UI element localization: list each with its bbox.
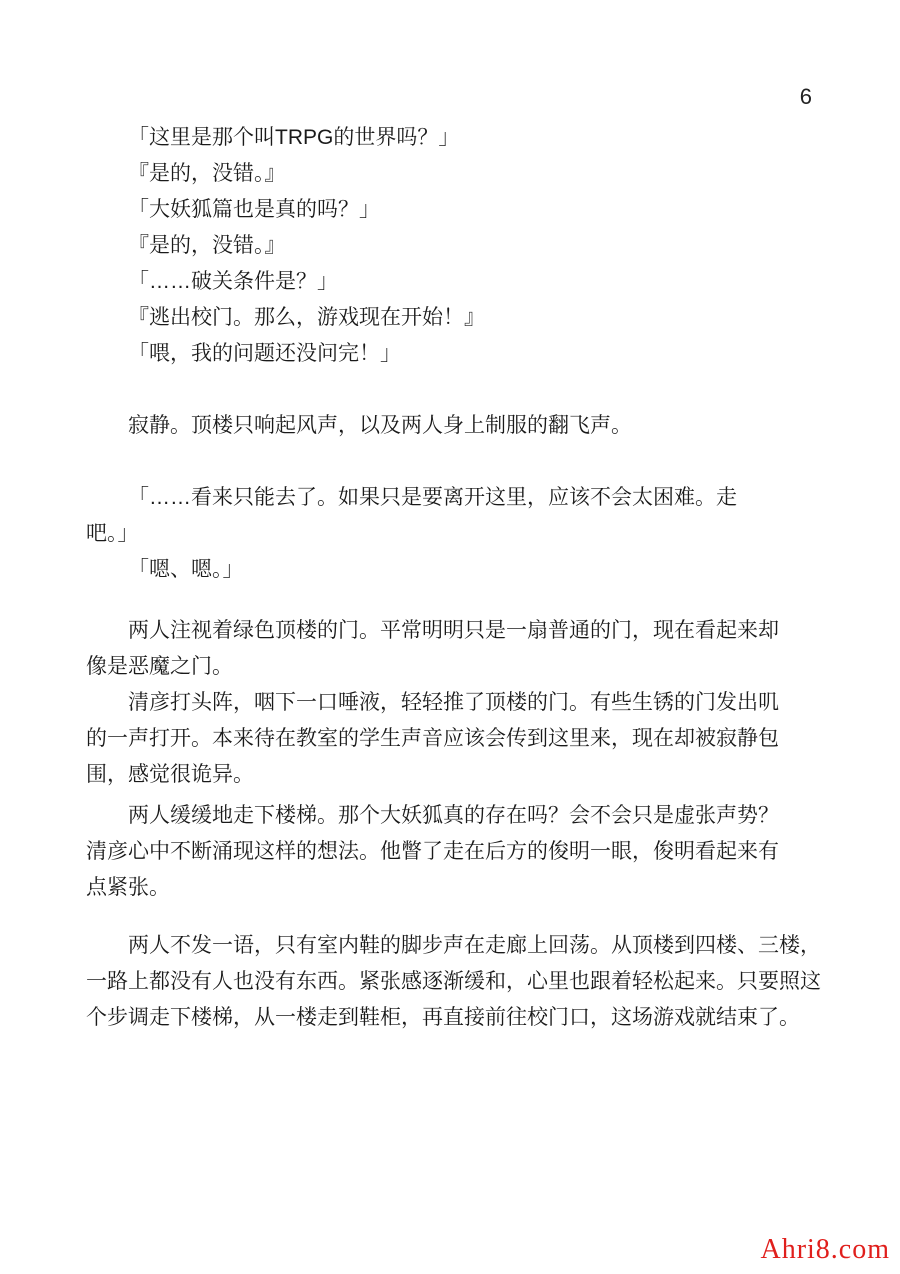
book-page: 6 「这里是那个叫TRPG的世界吗？」『是的，没错。』「大妖狐篇也是真的吗？」『…	[0, 0, 900, 1274]
text-line: 两人缓缓地走下楼梯。那个大妖狐真的存在吗？会不会只是虚张声势？	[86, 798, 834, 834]
text-line: 「……破关条件是？」	[86, 264, 834, 300]
text-line: 围，感觉很诡异。	[86, 757, 834, 793]
text-line: 的一声打开。本来待在教室的学生声音应该会传到这里来，现在却被寂静包	[86, 721, 834, 757]
text-line: 「喂，我的问题还没问完！」	[86, 336, 834, 372]
text-line: 吧。」	[86, 516, 834, 552]
text-line: 「……看来只能去了。如果只是要离开这里，应该不会太困难。走	[86, 480, 834, 516]
page-number: 6	[800, 84, 812, 110]
narration-3: 两人缓缓地走下楼梯。那个大妖狐真的存在吗？会不会只是虚张声势？清彦心中不断涌现这…	[86, 798, 834, 906]
site-watermark: Ahri8.com	[760, 1234, 890, 1266]
text-line: 个步调走下楼梯，从一楼走到鞋柜，再直接前往校门口，这场游戏就结束了。	[86, 1000, 834, 1036]
dialogue-exchange-2: 「……看来只能去了。如果只是要离开这里，应该不会太困难。走吧。」「嗯、嗯。」	[86, 480, 834, 588]
text-line: 『是的，没错。』	[86, 156, 834, 192]
page-text-body: 「这里是那个叫TRPG的世界吗？」『是的，没错。』「大妖狐篇也是真的吗？」『是的…	[86, 120, 834, 1036]
text-line: 「嗯、嗯。」	[86, 552, 834, 588]
text-line: 「大妖狐篇也是真的吗？」	[86, 192, 834, 228]
dialogue-exchange-1: 「这里是那个叫TRPG的世界吗？」『是的，没错。』「大妖狐篇也是真的吗？」『是的…	[86, 120, 834, 372]
text-line: 两人注视着绿色顶楼的门。平常明明只是一扇普通的门，现在看起来却	[86, 613, 834, 649]
text-line: 寂静。顶楼只响起风声，以及两人身上制服的翻飞声。	[86, 408, 834, 444]
text-line: 「这里是那个叫TRPG的世界吗？」	[86, 120, 834, 156]
text-line: 『逃出校门。那么，游戏现在开始！』	[86, 300, 834, 336]
text-line: 点紧张。	[86, 870, 834, 906]
text-line: 一路上都没有人也没有东西。紧张感逐渐缓和，心里也跟着轻松起来。只要照这	[86, 964, 834, 1000]
text-line: 清彦心中不断涌现这样的想法。他瞥了走在后方的俊明一眼，俊明看起来有	[86, 834, 834, 870]
narration-4: 两人不发一语，只有室内鞋的脚步声在走廊上回荡。从顶楼到四楼、三楼，一路上都没有人…	[86, 928, 834, 1036]
text-line: 『是的，没错。』	[86, 228, 834, 264]
text-line: 清彦打头阵，咽下一口唾液，轻轻推了顶楼的门。有些生锈的门发出叽	[86, 685, 834, 721]
text-line: 像是恶魔之门。	[86, 649, 834, 685]
narration-1: 寂静。顶楼只响起风声，以及两人身上制服的翻飞声。	[86, 408, 834, 444]
text-line: 两人不发一语，只有室内鞋的脚步声在走廊上回荡。从顶楼到四楼、三楼，	[86, 928, 834, 964]
narration-2: 两人注视着绿色顶楼的门。平常明明只是一扇普通的门，现在看起来却像是恶魔之门。清彦…	[86, 613, 834, 793]
